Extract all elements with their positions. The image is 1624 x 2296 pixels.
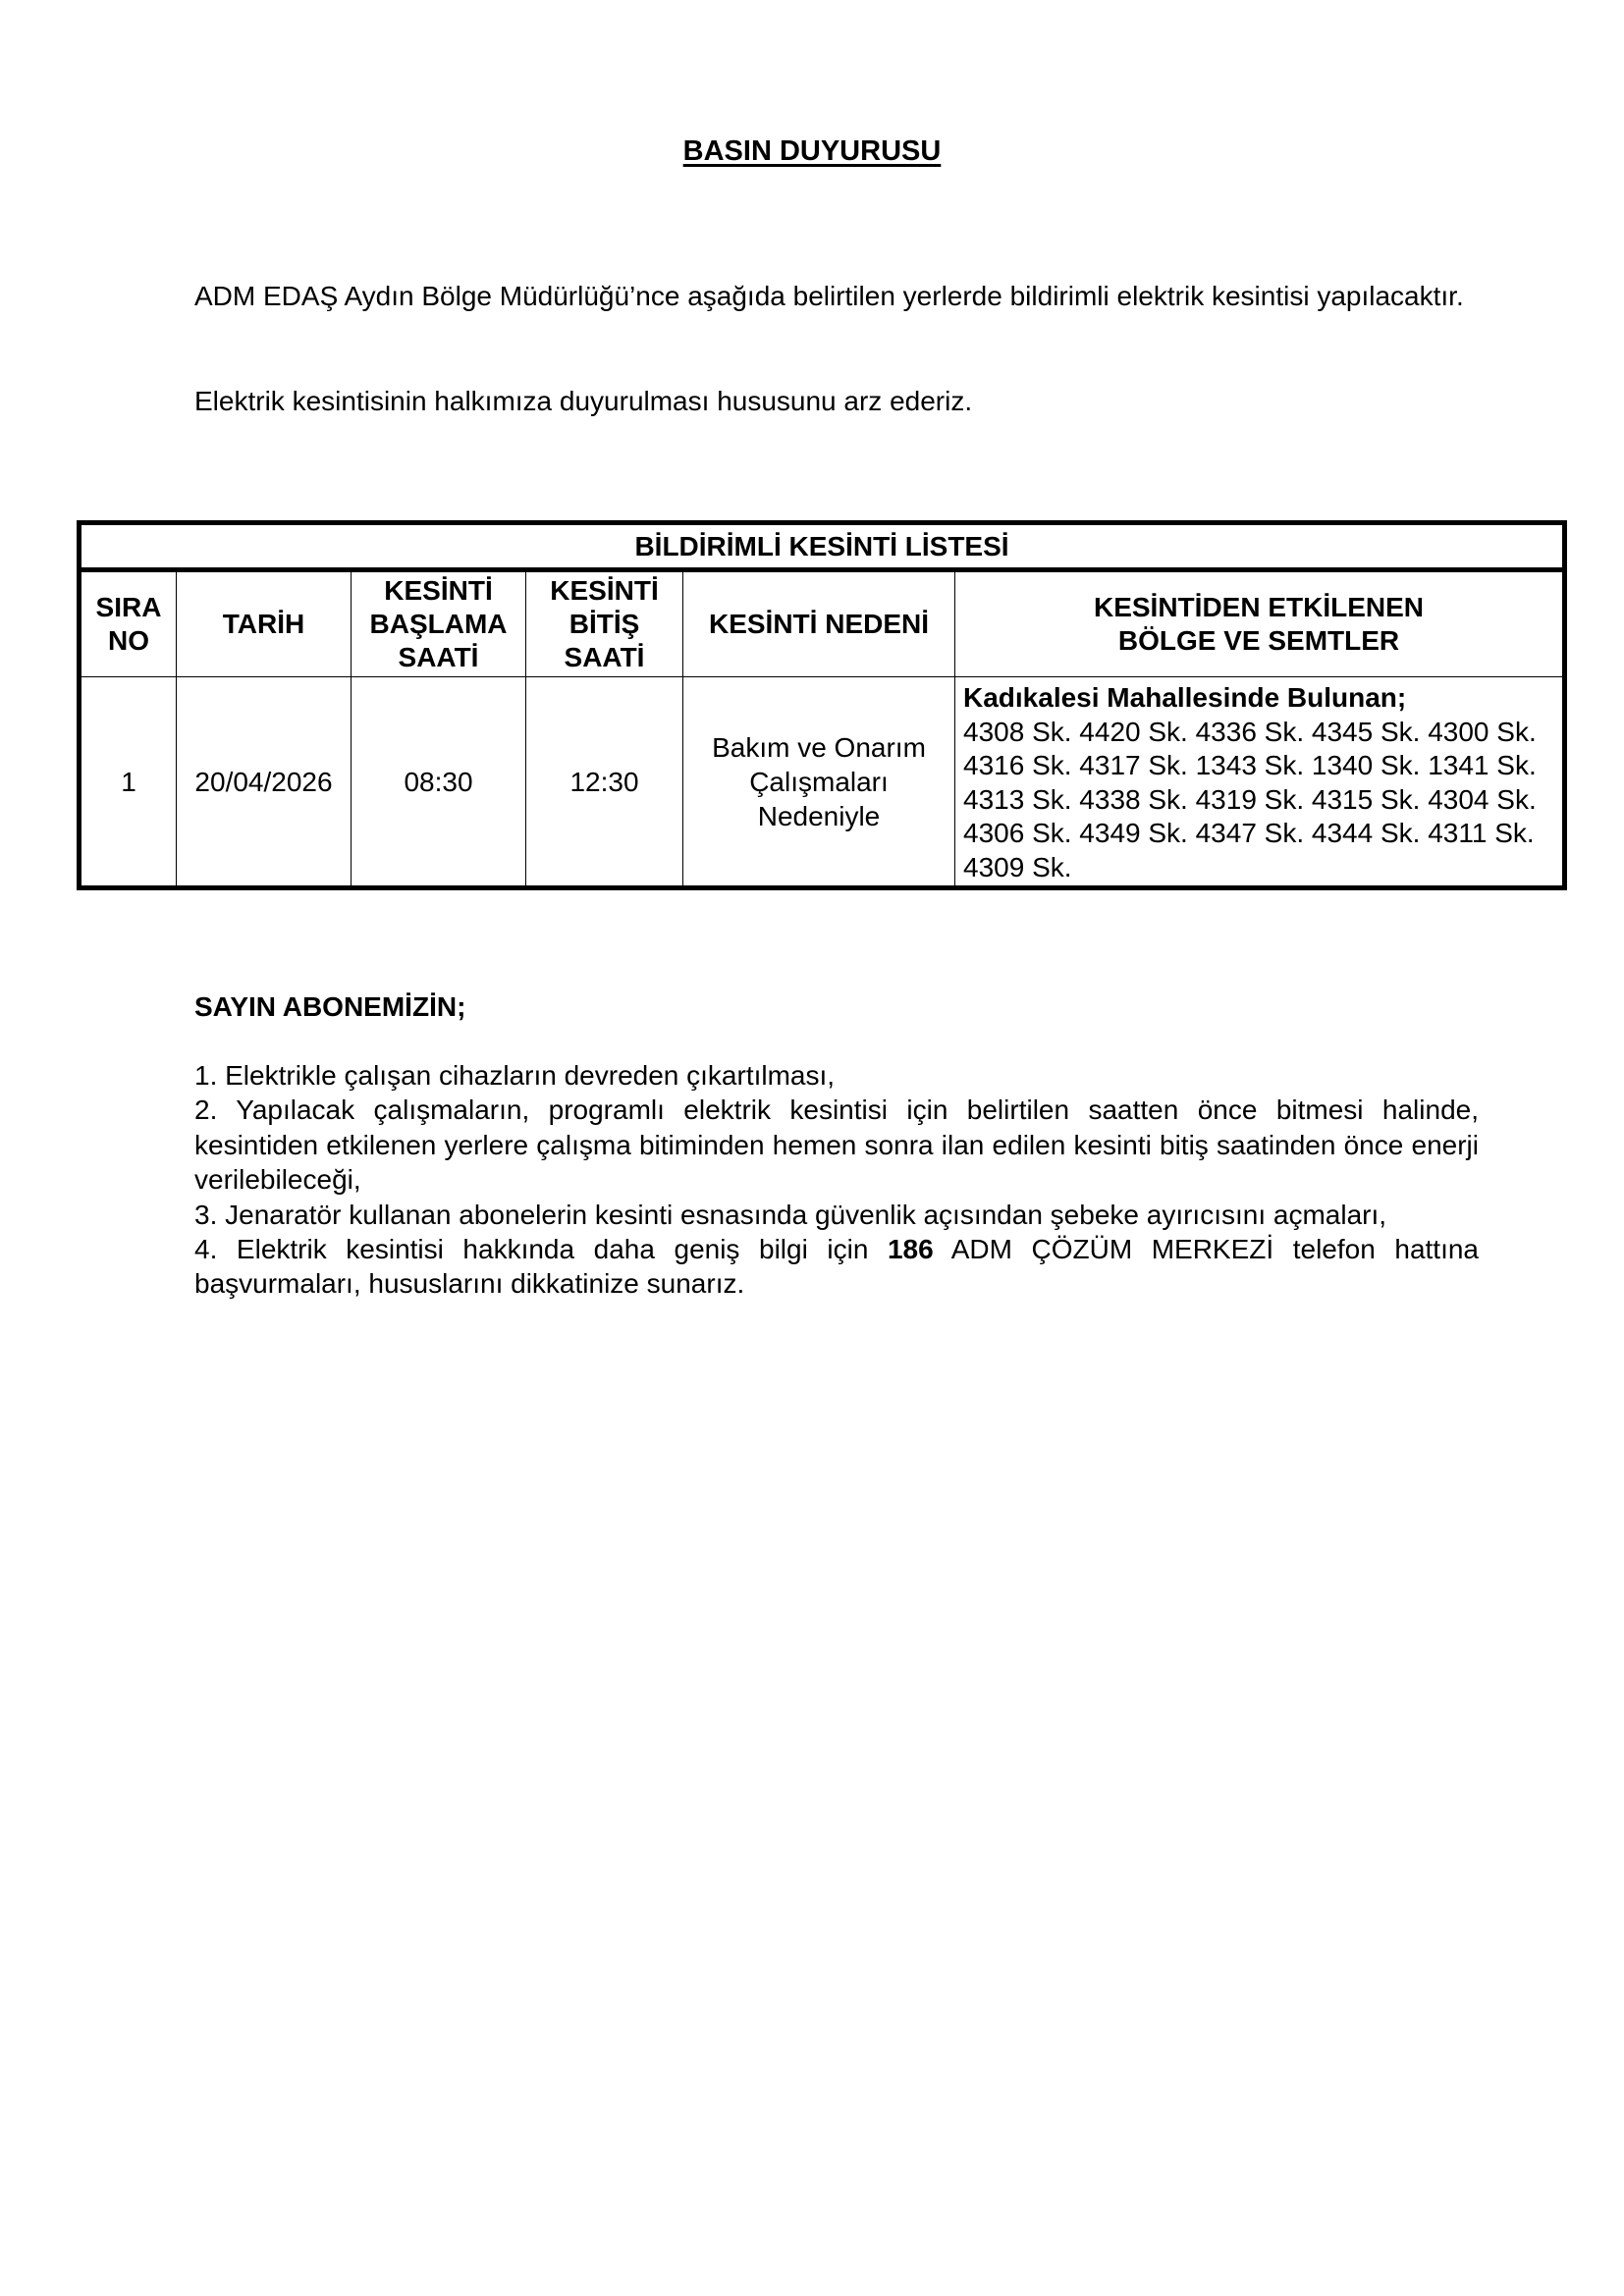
notice-item: 2. Yapılacak çalışmaların, programlı ele…: [194, 1093, 1479, 1197]
column-header-sira-no: SIRANO: [80, 570, 177, 677]
intro-paragraph: ADM EDAŞ Aydın Bölge Müdürlüğü’nce aşağı…: [194, 279, 1479, 314]
column-header-end-time: KESİNTİBİTİŞSAATİ: [526, 570, 683, 677]
column-header-reason: KESİNTİ NEDENİ: [683, 570, 955, 677]
hotline-number: 186: [888, 1234, 934, 1264]
notice-item: 4. Elektrik kesintisi hakkında daha geni…: [194, 1232, 1479, 1302]
area-streets: 4308 Sk. 4420 Sk. 4336 Sk. 4345 Sk. 4300…: [963, 716, 1554, 885]
cell-affected-areas: Kadıkalesi Mahallesinde Bulunan; 4308 Sk…: [955, 677, 1565, 888]
area-heading: Kadıkalesi Mahallesinde Bulunan;: [963, 681, 1554, 716]
cell-date: 20/04/2026: [177, 677, 352, 888]
notice-list: 1. Elektrikle çalışan cihazların devrede…: [194, 1058, 1479, 1302]
column-header-affected-areas: KESİNTİDEN ETKİLENENBÖLGE VE SEMTLER: [955, 570, 1565, 677]
document-title: BASIN DUYURUSU: [0, 135, 1624, 168]
salutation: SAYIN ABONEMİZİN;: [194, 991, 465, 1023]
cell-reason: Bakım ve OnarımÇalışmalarıNedeniyle: [683, 677, 955, 888]
outage-table: BİLDİRİMLİ KESİNTİ LİSTESİ SIRANO TARİH …: [77, 520, 1567, 890]
column-header-tarih: TARİH: [177, 570, 352, 677]
cell-end-time: 12:30: [526, 677, 683, 888]
intro-paragraph-closing: Elektrik kesintisinin halkımıza duyurulm…: [194, 384, 1479, 419]
table-header-row: SIRANO TARİH KESİNTİBAŞLAMASAATİ KESİNTİ…: [80, 570, 1565, 677]
table-row: 1 20/04/2026 08:30 12:30 Bakım ve Onarım…: [80, 677, 1565, 888]
table-title: BİLDİRİMLİ KESİNTİ LİSTESİ: [80, 523, 1565, 570]
notice-item: 1. Elektrikle çalışan cihazların devrede…: [194, 1058, 1479, 1093]
column-header-start-time: KESİNTİBAŞLAMASAATİ: [352, 570, 526, 677]
cell-start-time: 08:30: [352, 677, 526, 888]
notice-item: 3. Jenaratör kullanan abonelerin kesinti…: [194, 1198, 1479, 1232]
cell-no: 1: [80, 677, 177, 888]
